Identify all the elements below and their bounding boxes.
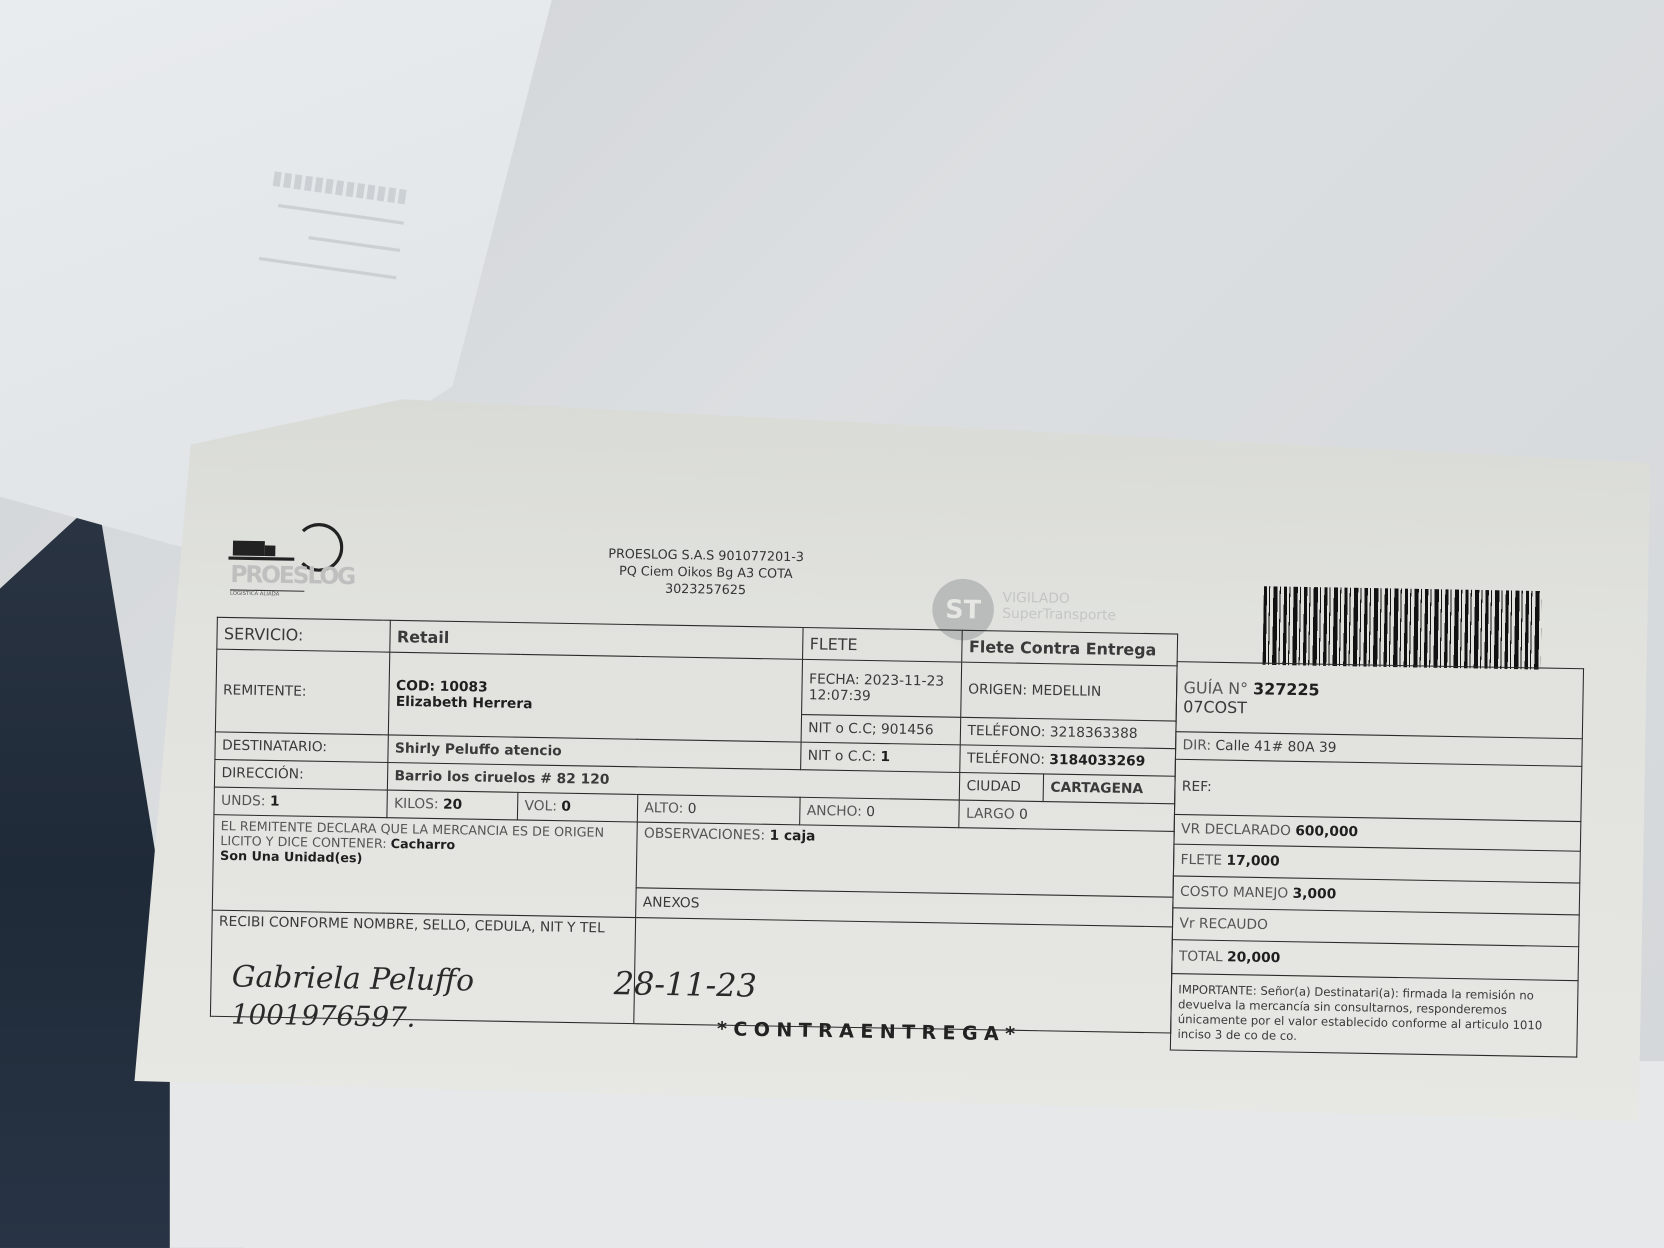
waybill-values-table: GUÍA N° 327225 07COST DIR: Calle 41# 80A… [1170, 661, 1584, 1058]
flete-type-label: FLETE [803, 628, 963, 663]
ciudad-value: CARTAGENA [1043, 774, 1175, 804]
importante-cell: IMPORTANTE: Señor(a) Destinatari(a): fir… [1170, 974, 1578, 1057]
ciudad-label: CIUDAD [959, 772, 1043, 801]
dir-origen-value: Calle 41# 80A 39 [1215, 738, 1336, 756]
company-header: PROESLOG S.A.S 901077201-3 PQ Ciem Oikos… [589, 545, 823, 600]
unds-cell: UNDS: 1 [214, 787, 387, 818]
vol-value: 0 [561, 799, 571, 815]
photo-scene: ▮▮▮▮▮▮▮▮▮▮▮▮▮━━━━━━━━━━━━━━━━━━━━━━━━━━━… [0, 0, 1664, 1248]
largo-label: LARGO [966, 806, 1015, 823]
contraentrega-stamp: *CONTRAENTREGA* [717, 1018, 1022, 1046]
handwritten-signature-name: Gabriela Peluffo [232, 959, 475, 998]
importante-label: IMPORTANTE: [1178, 982, 1257, 997]
servicio-label: SERVICIO: [217, 617, 391, 652]
kilos-label: KILOS: [394, 796, 439, 813]
remitente-nit-cell: NIT o C.C; 901456 [801, 715, 961, 745]
destinatario-nit-label: NIT o C.C: [808, 748, 877, 765]
costo-manejo-value: 3,000 [1292, 886, 1336, 903]
truck-icon [233, 541, 265, 556]
destinatario-tel-label: TELÉFONO: [967, 751, 1045, 768]
supertransporte-text: VIGILADO SuperTransporte [1002, 590, 1116, 624]
flete-value: 17,000 [1226, 853, 1280, 870]
truck-cab-icon [265, 545, 276, 556]
vr-recaudo-label: Vr RECAUDO [1179, 916, 1268, 933]
observaciones-value: 1 caja [769, 828, 815, 845]
alto-label: ALTO: [644, 800, 683, 817]
declaracion-contenido: Cacharro [391, 836, 456, 852]
bleed-through-text: ▮▮▮▮▮▮▮▮▮▮▮▮▮━━━━━━━━━━━━━━━━━━━━━━━━━━━… [58, 136, 410, 293]
costo-manejo-label: COSTO MANEJO [1180, 884, 1288, 902]
barcode-icon [1263, 586, 1542, 669]
direccion-label: DIRECCIÓN: [214, 759, 387, 790]
fecha-cell: FECHA: 2023-11-23 12:07:39 [802, 659, 962, 717]
dir-origen-label: DIR: [1182, 738, 1211, 754]
origen-label: ORIGEN: [968, 682, 1027, 699]
vol-cell: VOL: 0 [517, 792, 637, 822]
ancho-value: 0 [866, 804, 875, 820]
alto-value: 0 [688, 801, 697, 817]
flete-label: FLETE [1180, 852, 1222, 869]
seal-line-2: SuperTransporte [1002, 606, 1116, 624]
guia-cell: GUÍA N° 327225 07COST [1176, 662, 1584, 739]
observaciones-cell: OBSERVACIONES: 1 caja [636, 822, 1174, 897]
handwritten-date: 28-11-23 [613, 965, 757, 1005]
handwritten-signature-id: 1001976597. [231, 999, 416, 1034]
origen-cell: ORIGEN: MEDELLIN [961, 662, 1177, 721]
destinatario-tel-value: 3184033269 [1049, 752, 1145, 770]
proeslog-logo: PROESLOG LOGISTICA ALIADA [226, 521, 355, 597]
remitente-tel-cell: TELÉFONO: 3218363388 [960, 717, 1176, 748]
fecha-value: 2023-11-23 [864, 672, 944, 689]
destinatario-nit-value: 1 [880, 749, 890, 765]
fecha-label: FECHA: [809, 671, 860, 688]
largo-cell: LARGO 0 [959, 800, 1175, 831]
ancho-label: ANCHO: [807, 803, 862, 820]
logo-brand-text: PROESLOG [230, 562, 354, 591]
remitente-nit-value: 901456 [881, 722, 934, 739]
seal-line-1: VIGILADO [1002, 590, 1116, 608]
total-label: TOTAL [1179, 949, 1223, 966]
total-value: 20,000 [1227, 950, 1281, 967]
remitente-tel-label: TELÉFONO: [967, 723, 1045, 740]
remitente-label: REMITENTE: [215, 649, 389, 735]
ref-label: REF: [1174, 759, 1581, 821]
remitente-cell: COD: 10083 Elizabeth Herrera [388, 652, 802, 742]
guia-number: 327225 [1253, 679, 1320, 699]
ancho-cell: ANCHO: 0 [800, 797, 960, 827]
guia-label: GUÍA N° [1183, 678, 1248, 698]
vol-label: VOL: [524, 798, 557, 814]
declaracion-unidades: Son Una Unidad(es) [220, 848, 363, 865]
flete-type-value: Flete Contra Entrega [962, 630, 1178, 666]
origen-value: MEDELLIN [1031, 683, 1101, 700]
logo-tagline: LOGISTICA ALIADA [230, 589, 304, 598]
destinatario-nit-cell: NIT o C.C: 1 [801, 742, 961, 772]
fecha-time: 12:07:39 [809, 687, 871, 704]
logo-road [228, 556, 294, 560]
vr-declarado-label: VR DECLARADO [1181, 821, 1291, 839]
destinatario-tel-cell: TELÉFONO: 3184033269 [960, 745, 1176, 776]
remitente-nit-label: NIT o C.C; [808, 720, 877, 737]
declaracion-cell: EL REMITENTE DECLARA QUE LA MERCANCIA ES… [212, 815, 637, 918]
unds-label: UNDS: [221, 793, 266, 810]
destinatario-label: DESTINATARIO: [215, 732, 388, 763]
vr-declarado-value: 600,000 [1295, 823, 1358, 840]
kilos-value: 20 [443, 797, 462, 813]
remitente-tel-value: 3218363388 [1050, 725, 1138, 742]
kilos-cell: KILOS: 20 [387, 790, 518, 820]
alto-cell: ALTO: 0 [637, 794, 800, 824]
observaciones-label: OBSERVACIONES: [644, 826, 765, 844]
unds-value: 1 [270, 794, 280, 810]
waybill-document: PROESLOG LOGISTICA ALIADA PROESLOG S.A.S… [134, 395, 1651, 1122]
largo-value: 0 [1019, 807, 1028, 823]
